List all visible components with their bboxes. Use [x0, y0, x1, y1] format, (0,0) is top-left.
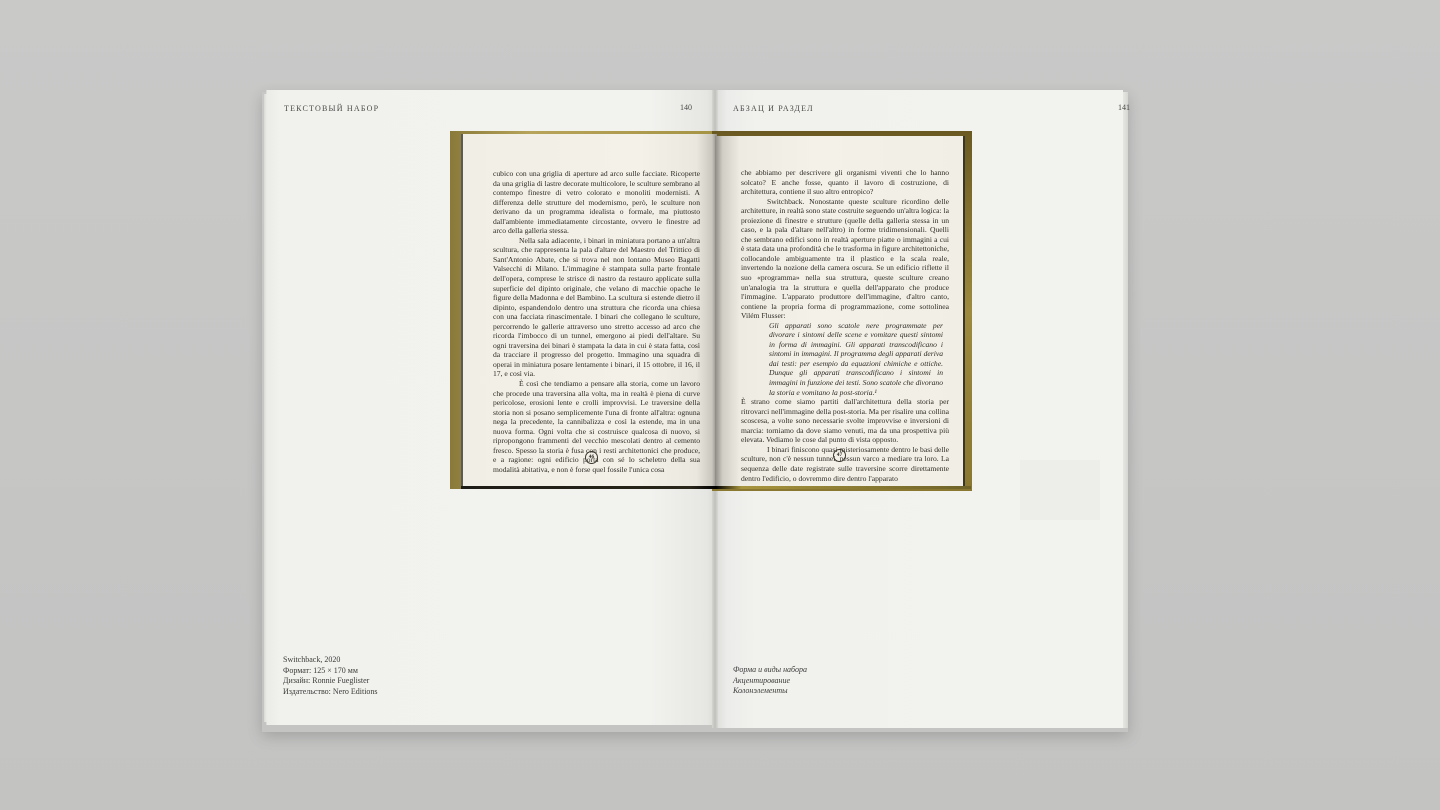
inner-right-text: che abbiamo per descrivere gli organismi… [741, 168, 949, 483]
caption-line: Издательство: Nero Editions [283, 687, 378, 698]
paragraph: I binari finiscono quasi misteriosamente… [741, 445, 949, 483]
caption-line: Switchback, 2020 [283, 655, 378, 666]
paragraph: Switchback. Nonostante queste sculture r… [741, 197, 949, 321]
left-caption: Switchback, 2020 Формат: 125 × 170 мм Ди… [283, 655, 378, 697]
print-through [1020, 460, 1100, 520]
inner-left-folio: 46 [585, 451, 598, 464]
right-caption: Форма и виды набора Акцентирование Колон… [733, 665, 807, 697]
caption-line: Дизайн: Ronnie Fueglister [283, 676, 378, 687]
paragraph: È strano come siamo partiti dall'archite… [741, 397, 949, 445]
caption-line: Формат: 125 × 170 мм [283, 666, 378, 677]
block-quote: Gli apparati sono scatole nere programma… [741, 321, 949, 397]
right-page-number: 141 [1118, 103, 1130, 112]
paragraph: che abbiamo per descrivere gli organismi… [741, 168, 949, 197]
paragraph: Nella sala adiacente, i binari in miniat… [493, 236, 700, 379]
inner-book-edge [461, 486, 971, 489]
inner-left-text: cubico con una griglia di aperture ad ar… [493, 169, 700, 475]
caption-line: Акцентирование [733, 676, 807, 687]
left-running-head: ТЕКСТОВЫЙ НАБОР [284, 104, 379, 113]
caption-line: Колонэлементы [733, 686, 807, 697]
right-running-head: АБЗАЦ И РАЗДЕЛ [733, 104, 814, 113]
left-page-number: 140 [680, 103, 692, 112]
caption-line: Форма и виды набора [733, 665, 807, 676]
paragraph: cubico con una griglia di aperture ad ar… [493, 169, 700, 236]
inner-right-folio: 47 [833, 449, 846, 462]
